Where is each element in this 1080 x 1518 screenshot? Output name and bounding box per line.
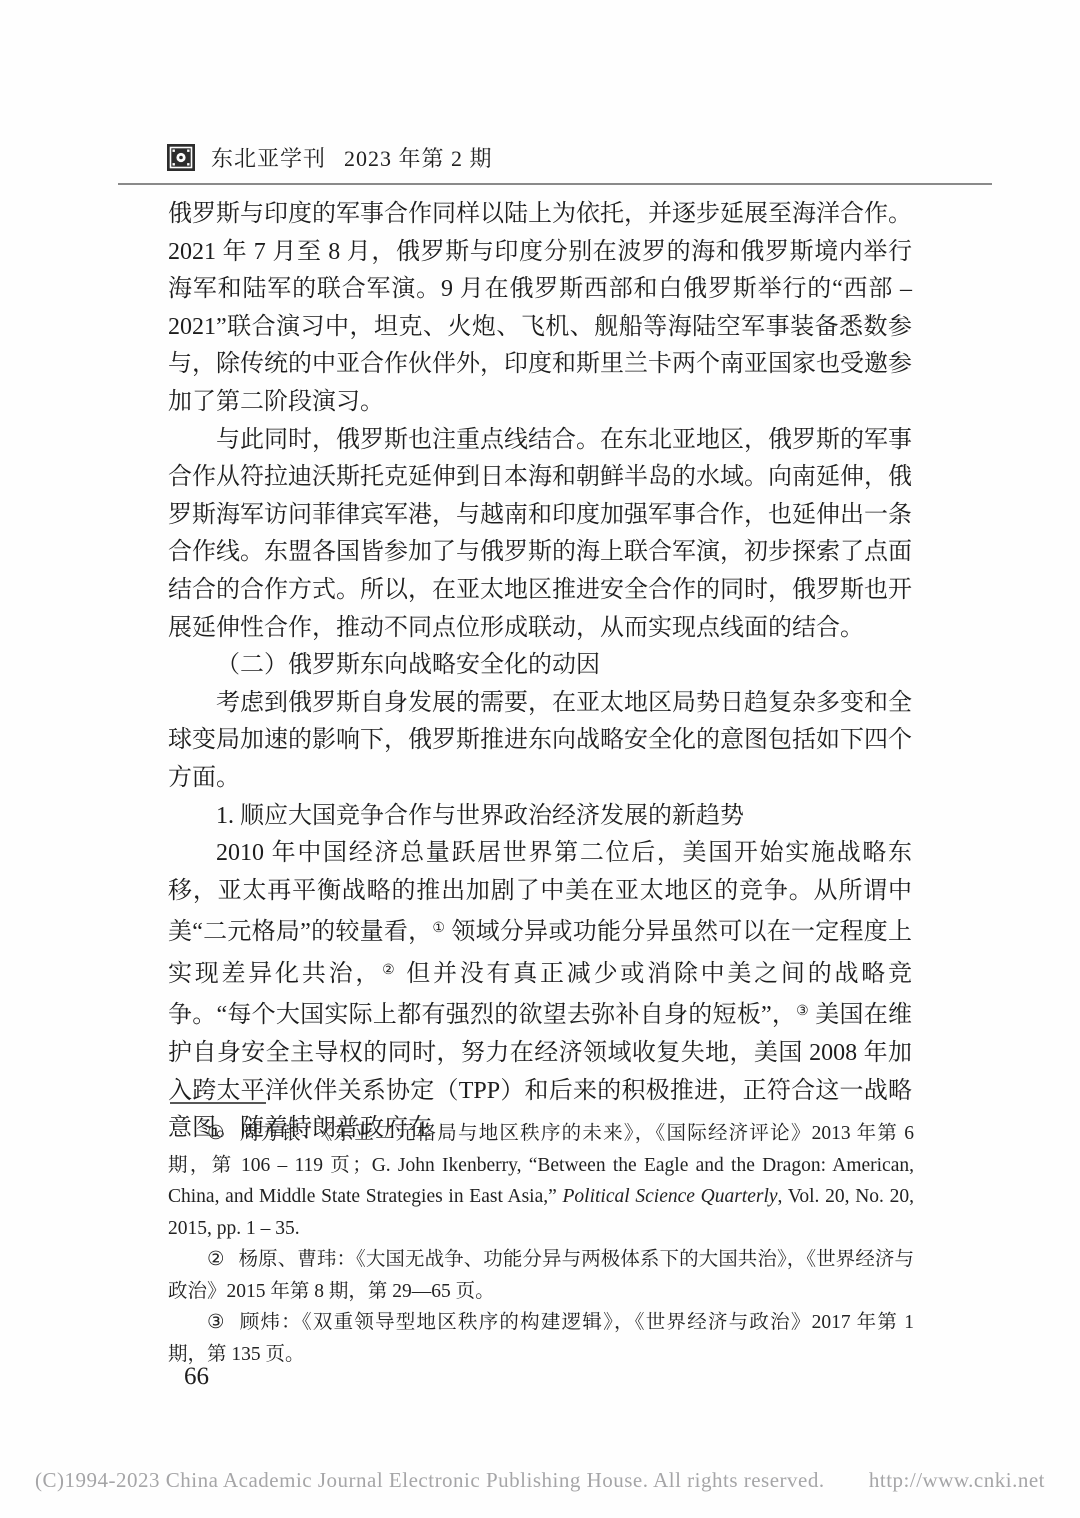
paragraph: 考虑到俄罗斯自身发展的需要，在亚太地区局势日趋复杂多变和全球变局加速的影响下，俄…: [168, 685, 912, 798]
paragraph: 与此同时，俄罗斯也注重点线结合。在东北亚地区，俄罗斯的军事合作从符拉迪沃斯托克延…: [168, 422, 912, 648]
page-number: 66: [184, 1363, 209, 1391]
paragraph-continuation: 俄罗斯与印度的军事合作同样以陆上为依托，并逐步延展至海洋合作。2021 年 7 …: [168, 196, 912, 422]
footnote-marker: ②: [207, 1249, 225, 1270]
footnote-marker: ①: [207, 1123, 226, 1144]
cnki-url: http://www.cnki.net: [869, 1468, 1045, 1493]
subsection-heading: 1. 顺应大国竞争合作与世界政治经济发展的新趋势: [168, 798, 912, 836]
footnote-1: ①周方银：《东亚二元格局与地区秩序的未来》，《国际经济评论》2013 年第 6 …: [168, 1118, 914, 1244]
journal-header-title: 东北亚学刊2023 年第 2 期: [211, 142, 493, 173]
journal-page: 东北亚学刊2023 年第 2 期 俄罗斯与印度的军事合作同样以陆上为依托，并逐步…: [0, 0, 1080, 1518]
header-divider: [118, 183, 992, 185]
footnote-text: 杨原、曹玮：《大国无战争、功能分异与两极体系下的大国共治》，《世界经济与政治》2…: [168, 1249, 914, 1302]
footnotes-block: ①周方银：《东亚二元格局与地区秩序的未来》，《国际经济评论》2013 年第 6 …: [168, 1118, 914, 1370]
footnote-ref-2: ②: [382, 963, 397, 978]
journal-issue: 2023 年第 2 期: [344, 146, 493, 171]
footnote-text: 顾炜：《双重领导型地区秩序的构建逻辑》，《世界经济与政治》2017 年第 1 期…: [168, 1312, 914, 1365]
article-body: 俄罗斯与印度的军事合作同样以陆上为依托，并逐步延展至海洋合作。2021 年 7 …: [168, 196, 912, 1148]
copyright-notice: (C)1994-2023 China Academic Journal Elec…: [35, 1468, 825, 1493]
page-footer: (C)1994-2023 China Academic Journal Elec…: [0, 1468, 1080, 1493]
footnote-ref-1: ①: [432, 921, 445, 936]
page-header: 东北亚学刊2023 年第 2 期: [167, 142, 493, 173]
journal-name: 东北亚学刊: [211, 146, 326, 171]
paragraph-with-footnote-refs: 2010 年中国经济总量跃居世界第二位后，美国开始实施战略东移，亚太再平衡战略的…: [168, 835, 912, 1148]
footnote-2: ②杨原、曹玮：《大国无战争、功能分异与两极体系下的大国共治》，《世界经济与政治》…: [168, 1244, 914, 1307]
footnote-marker: ③: [207, 1312, 226, 1333]
journal-seal-icon: [167, 144, 195, 171]
section-heading: （二）俄罗斯东向战略安全化的动因: [168, 647, 912, 685]
footnote-ref-3: ③: [796, 1004, 809, 1019]
footnote-3: ③顾炜：《双重领导型地区秩序的构建逻辑》，《世界经济与政治》2017 年第 1 …: [168, 1307, 914, 1370]
footnote-journal-title-italic: Political Science Quarterly: [563, 1186, 778, 1207]
footnote-separator: [170, 1102, 266, 1104]
